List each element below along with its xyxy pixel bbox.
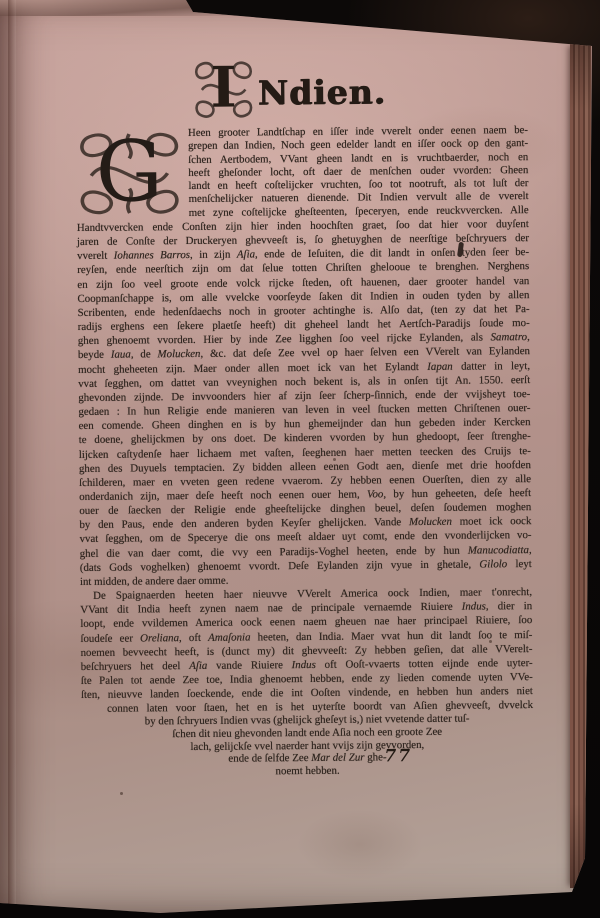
page-title: Ndien.	[258, 72, 387, 113]
page-top-edge-shadow	[0, 0, 252, 16]
gutter-crease	[8, 0, 16, 910]
body-text-column: Handtvvercken ende Conſten zijn hier ind…	[77, 217, 534, 779]
dropcap-letter: G	[76, 122, 183, 221]
page-number: 77	[384, 746, 412, 766]
text-line: noemt hebben.	[82, 763, 534, 780]
book-photo: I Ndien. G Heen grooter La	[0, 0, 600, 918]
header-ornate-initial: I	[191, 55, 256, 124]
dropcap-ornate-block: G	[76, 126, 183, 221]
header-initial-letter: I	[191, 53, 256, 122]
book-page: I Ndien. G Heen grooter La	[0, 0, 600, 918]
printed-content: I Ndien. G Heen grooter La	[75, 53, 534, 817]
intro-text-column: Heen grooter Landtſchap en iſſer inde vv…	[188, 124, 529, 220]
book-fore-edge	[570, 44, 591, 888]
